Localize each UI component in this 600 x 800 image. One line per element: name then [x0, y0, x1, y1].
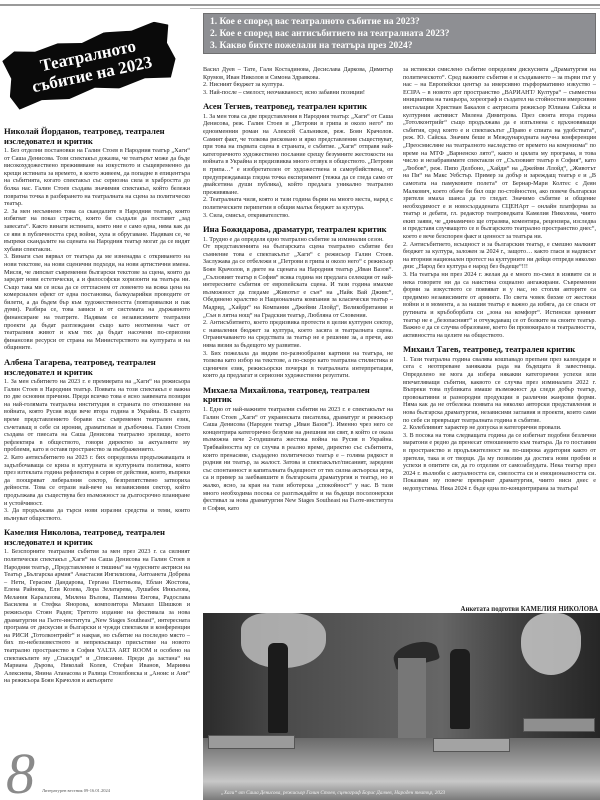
- section-banner: Театралното събитие на 2023: [1, 19, 179, 111]
- answer-paragraph: 1. Трудно е да определя едно театрално с…: [203, 236, 393, 244]
- answer-paragraph: 3. На театъра ни през 2024 г. желая да е…: [403, 271, 596, 339]
- answer-paragraph: за истински смислено събитие определям д…: [403, 66, 596, 241]
- answer-paragraph: 2. Като антисъбитието на 2023 г. бих опр…: [4, 454, 190, 507]
- answer-paragraph: 1. Безспорните театрални събития за мен …: [4, 548, 190, 685]
- answer-paragraph: 3. Бих пожелала да видим по-разнообразни…: [203, 350, 393, 380]
- answer-paragraph: 3. Най-после – смелост, неочакваност, яс…: [203, 89, 393, 97]
- answer-paragraph: 2. Театралната чиля, която и тази година…: [203, 196, 393, 211]
- answer-paragraph: От представленията на българската сцена …: [203, 243, 393, 319]
- column-left: Николай Йорданов, театровед, театрален и…: [4, 127, 190, 685]
- respondent-heading: Ина Божидарова, драматург, театрален кри…: [203, 225, 393, 235]
- answer-paragraph: 1. За мен събитието на 2023 г. е премиер…: [4, 378, 190, 454]
- answer-paragraph: 2. Нисният бюджет за култура.: [203, 81, 393, 89]
- stage-platform: [433, 738, 510, 752]
- actor-figure-left: [268, 643, 288, 733]
- answer-paragraph: 1. Едно от най-важните театрални събития…: [203, 406, 393, 512]
- page-number: 8: [6, 745, 35, 800]
- answer-paragraph: 2. Антисъбитието, всъщност и за българск…: [403, 241, 596, 271]
- top-rule-secondary: [190, 8, 600, 9]
- respondent-heading: Камелия Николова, театровед, театрален и…: [4, 528, 190, 547]
- respondent-heading: Асен Тегнев, театровед, театрален критик: [203, 102, 393, 112]
- photo-caption: „Хаги“ от Саша Денисова, режисьор Галин …: [221, 790, 521, 796]
- stage-platform: [523, 718, 595, 732]
- respondent-heading: Михаил Тагев, театровед, театрален крити…: [403, 345, 596, 355]
- stage-photo: „Хаги“ от Саша Денисова, режисьор Галин …: [203, 613, 600, 800]
- actor-figure-right: [450, 649, 470, 729]
- answer-paragraph: 1. Без отделни постановки на Галин Стоев…: [4, 147, 190, 208]
- answer-paragraph: 3. Винаги съм вярвал от театъра да ме из…: [4, 253, 190, 352]
- answer-paragraph: 2. Колебливият характер не допуска и кат…: [403, 424, 596, 432]
- question-2: 2. Кое е според вас антисъбитието на теа…: [210, 28, 589, 40]
- answer-paragraph: 2. За мен несъмнено това са скандалите в…: [4, 208, 190, 254]
- question-3: 3. Какво бихте пожелали на театъра през …: [210, 40, 589, 52]
- respondent-heading: Михаела Михайлова, театровед, театрален …: [203, 386, 393, 405]
- podium-prop: [398, 658, 426, 748]
- answer-paragraph: Васил Дуев – Тате, Галя Костадинова, Дес…: [203, 66, 393, 81]
- answer-paragraph: 3. В посока на това следващата година да…: [403, 432, 596, 493]
- respondent-heading: Албена Тагарева, театровед, театрален из…: [4, 358, 190, 377]
- top-rule: [0, 4, 600, 6]
- column-middle: Васил Дуев – Тате, Галя Костадинова, Дес…: [203, 66, 393, 512]
- footer-issue: Литературен вестник 09-16.01.2024: [42, 788, 110, 793]
- column-right: за истински смислено събитие определям д…: [403, 66, 596, 493]
- question-1: 1. Кое е според вас театралното събитие …: [210, 16, 589, 28]
- answer-paragraph: 3. Да продължава да търси нови изразни с…: [4, 507, 190, 522]
- respondent-heading: Николай Йорданов, театровед, театрален и…: [4, 127, 190, 146]
- scenery-rock-right: [521, 613, 581, 675]
- survey-questions-box: 1. Кое е според вас театралното събитие …: [203, 13, 596, 54]
- survey-credit: Анкетата подготви КАМЕЛИЯ НИКОЛОВА: [430, 606, 598, 613]
- answer-paragraph: 2. Антисъбитието, което предизвика проте…: [203, 319, 393, 349]
- stage-platform: [208, 735, 295, 749]
- answer-paragraph: 1. Тази театрална година свалява кошпава…: [403, 356, 596, 424]
- answer-paragraph: 3. Сила, смисъл, откривателство.: [203, 212, 393, 220]
- answer-paragraph: 1. За мен това са две представления в На…: [203, 113, 393, 197]
